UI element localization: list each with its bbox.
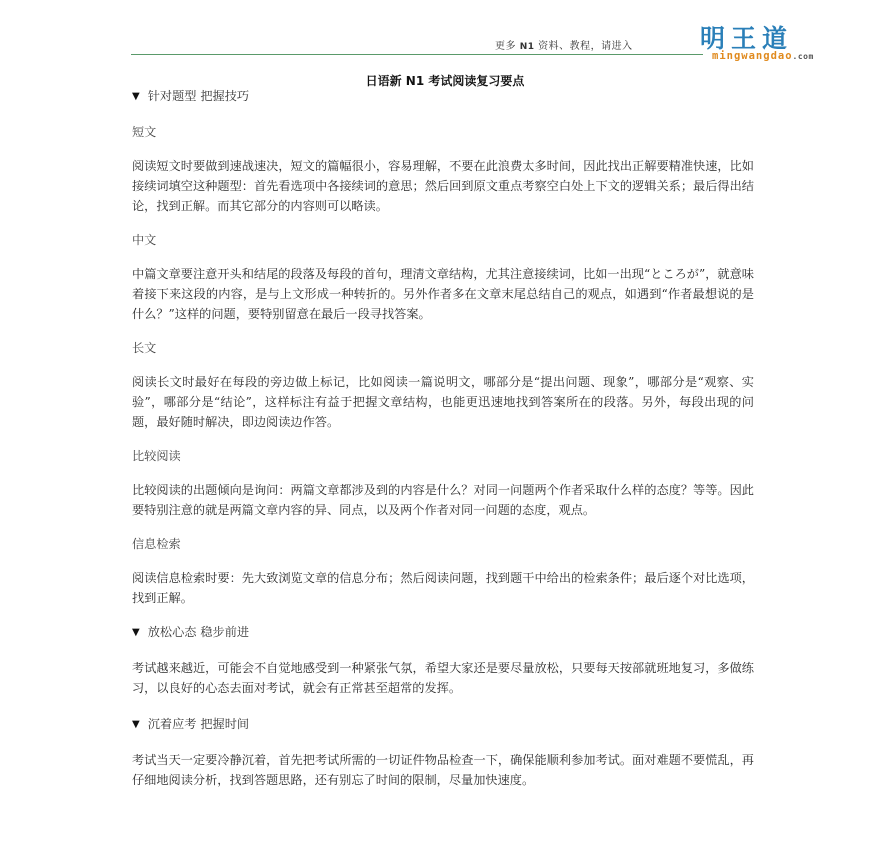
header-promo-text: 更多 N1 资料、教程，请进入 bbox=[495, 37, 633, 52]
section-heading-text: 放松心态 稳步前进 bbox=[148, 625, 249, 639]
header-note-bold: N1 bbox=[520, 42, 535, 52]
header-divider bbox=[131, 54, 703, 55]
paragraph-short: 阅读短文时要做到速战速决，短文的篇幅很小，容易理解，不要在此浪费太多时间，因此找… bbox=[132, 156, 754, 216]
paragraph-exam-day: 考试当天一定要冷静沉着，首先把考试所需的一切证件物品检查一下，确保能顺利参加考试… bbox=[132, 750, 754, 790]
subsection-title-comparative: 比较阅读 bbox=[132, 446, 754, 466]
paragraph-long: 阅读长文时最好在每段的旁边做上标记，比如阅读一篇说明文，哪部分是“提出问题、现象… bbox=[132, 372, 754, 432]
triangle-down-icon: ▼ bbox=[132, 87, 140, 107]
section-heading-relax: ▼放松心态 稳步前进 bbox=[132, 622, 754, 642]
paragraph-comparative: 比较阅读的出题倾向是询问：两篇文章都涉及到的内容是什么？对同一问题两个作者采取什… bbox=[132, 480, 754, 520]
section-heading-text: 针对题型 把握技巧 bbox=[148, 89, 249, 103]
logo-chinese-text: 明王道 bbox=[700, 26, 793, 52]
logo-domain-tld: .com bbox=[793, 52, 814, 61]
header-note-suffix: 资料、教程，请进入 bbox=[538, 41, 633, 52]
logo-domain-text: mingwangdao.com bbox=[712, 50, 814, 63]
section-heading-techniques: ▼针对题型 把握技巧 bbox=[132, 86, 754, 106]
subsection-title-long: 长文 bbox=[132, 338, 754, 358]
subsection-title-info-search: 信息检索 bbox=[132, 534, 754, 554]
section-heading-exam-day: ▼沉着应考 把握时间 bbox=[132, 714, 754, 734]
document-body: ▼针对题型 把握技巧 短文 阅读短文时要做到速战速决，短文的篇幅很小，容易理解，… bbox=[132, 86, 754, 790]
paragraph-info-search: 阅读信息检索时要：先大致浏览文章的信息分布；然后阅读问题，找到题干中给出的检索条… bbox=[132, 568, 754, 608]
site-logo[interactable]: 明王道 mingwangdao.com bbox=[700, 26, 870, 66]
paragraph-relax: 考试越来越近，可能会不自觉地感受到一种紧张气氛，希望大家还是要尽量放松，只要每天… bbox=[132, 658, 754, 698]
paragraph-medium: 中篇文章要注意开头和结尾的段落及每段的首句，理清文章结构，尤其注意接续词，比如一… bbox=[132, 264, 754, 324]
subsection-title-short: 短文 bbox=[132, 122, 754, 142]
logo-domain-name: mingwangdao bbox=[712, 50, 793, 62]
subsection-title-medium: 中文 bbox=[132, 230, 754, 250]
header-note-prefix: 更多 bbox=[495, 41, 516, 52]
triangle-down-icon: ▼ bbox=[132, 623, 140, 643]
triangle-down-icon: ▼ bbox=[132, 715, 140, 735]
section-heading-text: 沉着应考 把握时间 bbox=[148, 717, 249, 731]
